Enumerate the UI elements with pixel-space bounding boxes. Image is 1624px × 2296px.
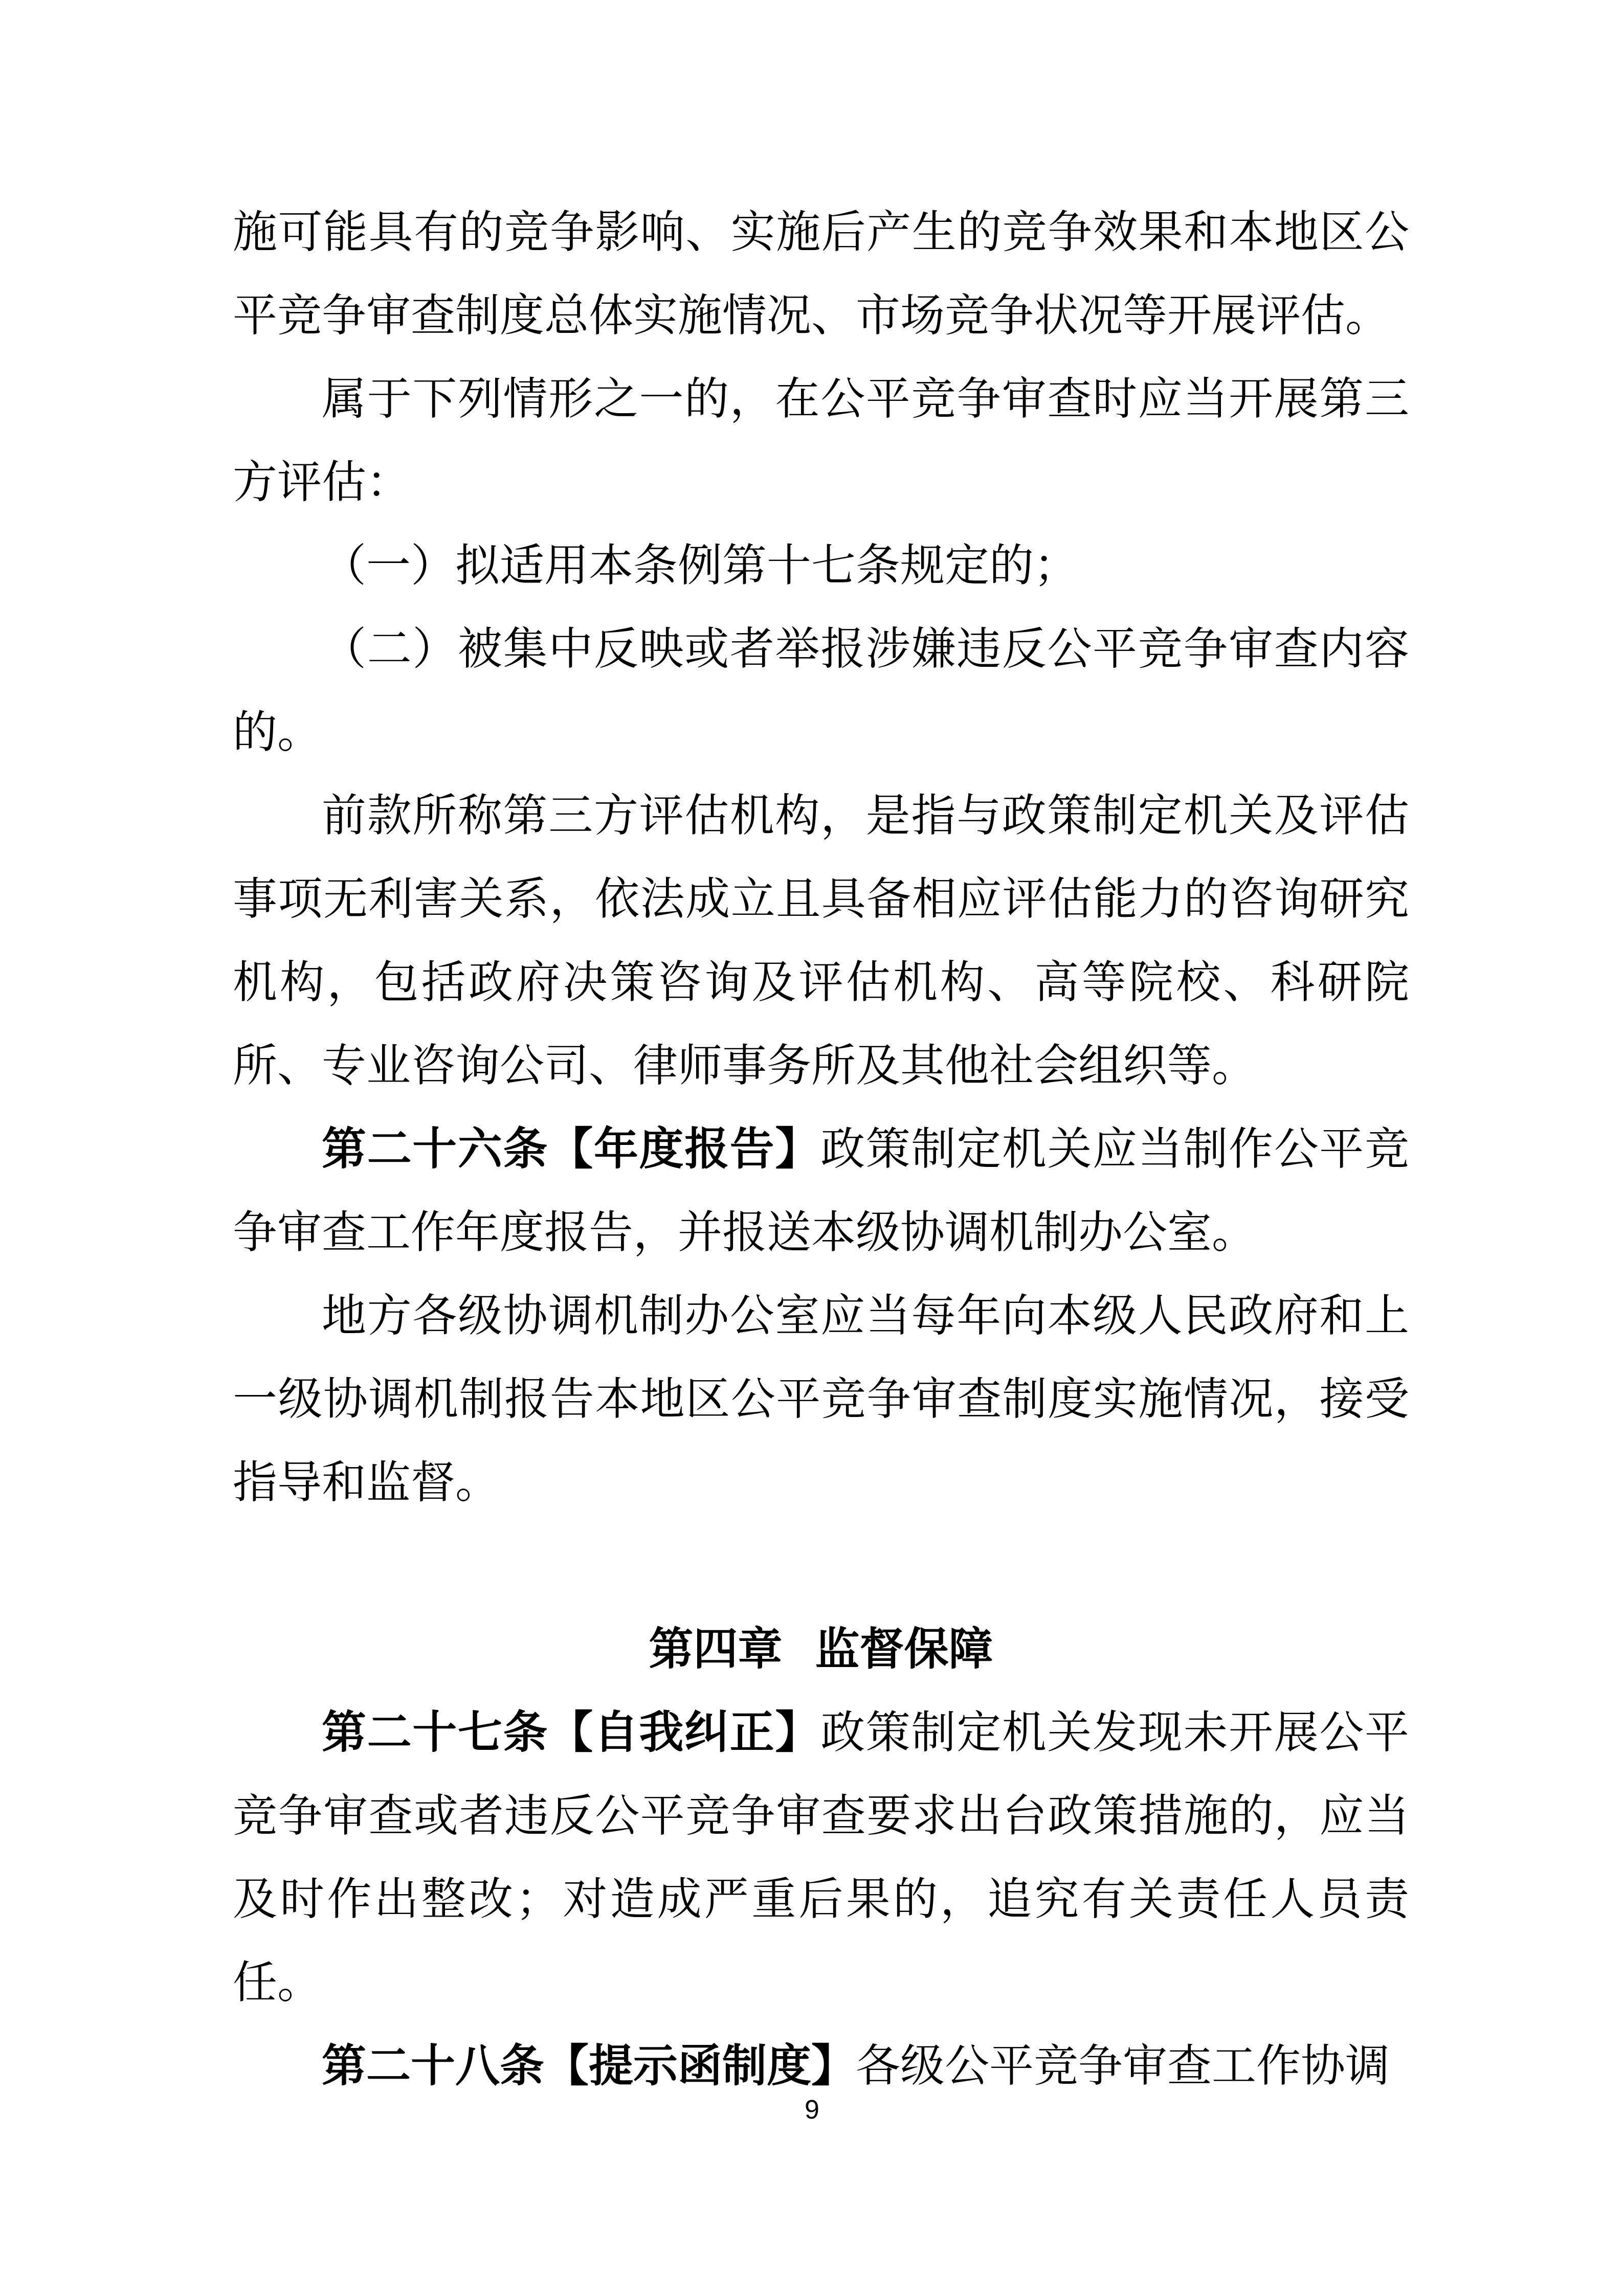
article-28-text: 各级公平竞争审查工作协调 [856, 2041, 1390, 2091]
chapter-heading: 第四章 监督保障 [233, 1608, 1409, 1691]
paragraph-article-26: 第二十六条【年度报告】政策制定机关应当制作公平竞争审查工作年度报告，并报送本级协… [233, 1108, 1409, 1274]
article-28-title: 第二十八条【提示函制度】 [322, 2041, 856, 2091]
list-item-one: （一）拟适用本条例第十七条规定的； [233, 524, 1409, 607]
article-27-title: 第二十七条【自我纠正】 [322, 1708, 820, 1758]
paragraph-annual-report-local: 地方各级协调机制办公室应当每年向本级人民政府和上一级协调机制报告本地区公平竞争审… [233, 1274, 1409, 1524]
paragraph-article-27: 第二十七条【自我纠正】政策制定机关发现未开展公平竞争审查或者违反公平竞争审查要求… [233, 1691, 1409, 2024]
paragraph-evaluation-continuation: 施可能具有的竞争影响、实施后产生的竞争效果和本地区公平竞争审查制度总体实施情况、… [233, 191, 1409, 357]
document-page: 施可能具有的竞争影响、实施后产生的竞争效果和本地区公平竞争审查制度总体实施情况、… [0, 0, 1624, 2296]
paragraph-evaluation-agency-definition: 前款所称第三方评估机构，是指与政策制定机关及评估事项无利害关系，依法成立且具备相… [233, 774, 1409, 1108]
document-body: 施可能具有的竞争影响、实施后产生的竞争效果和本地区公平竞争审查制度总体实施情况、… [233, 191, 1409, 2108]
list-item-two: （二）被集中反映或者举报涉嫌违反公平竞争审查内容的。 [233, 607, 1409, 774]
page-number: 9 [0, 2095, 1624, 2125]
article-26-title: 第二十六条【年度报告】 [322, 1124, 820, 1174]
paragraph-third-party-evaluation-intro: 属于下列情形之一的，在公平竞争审查时应当开展第三方评估： [233, 357, 1409, 524]
